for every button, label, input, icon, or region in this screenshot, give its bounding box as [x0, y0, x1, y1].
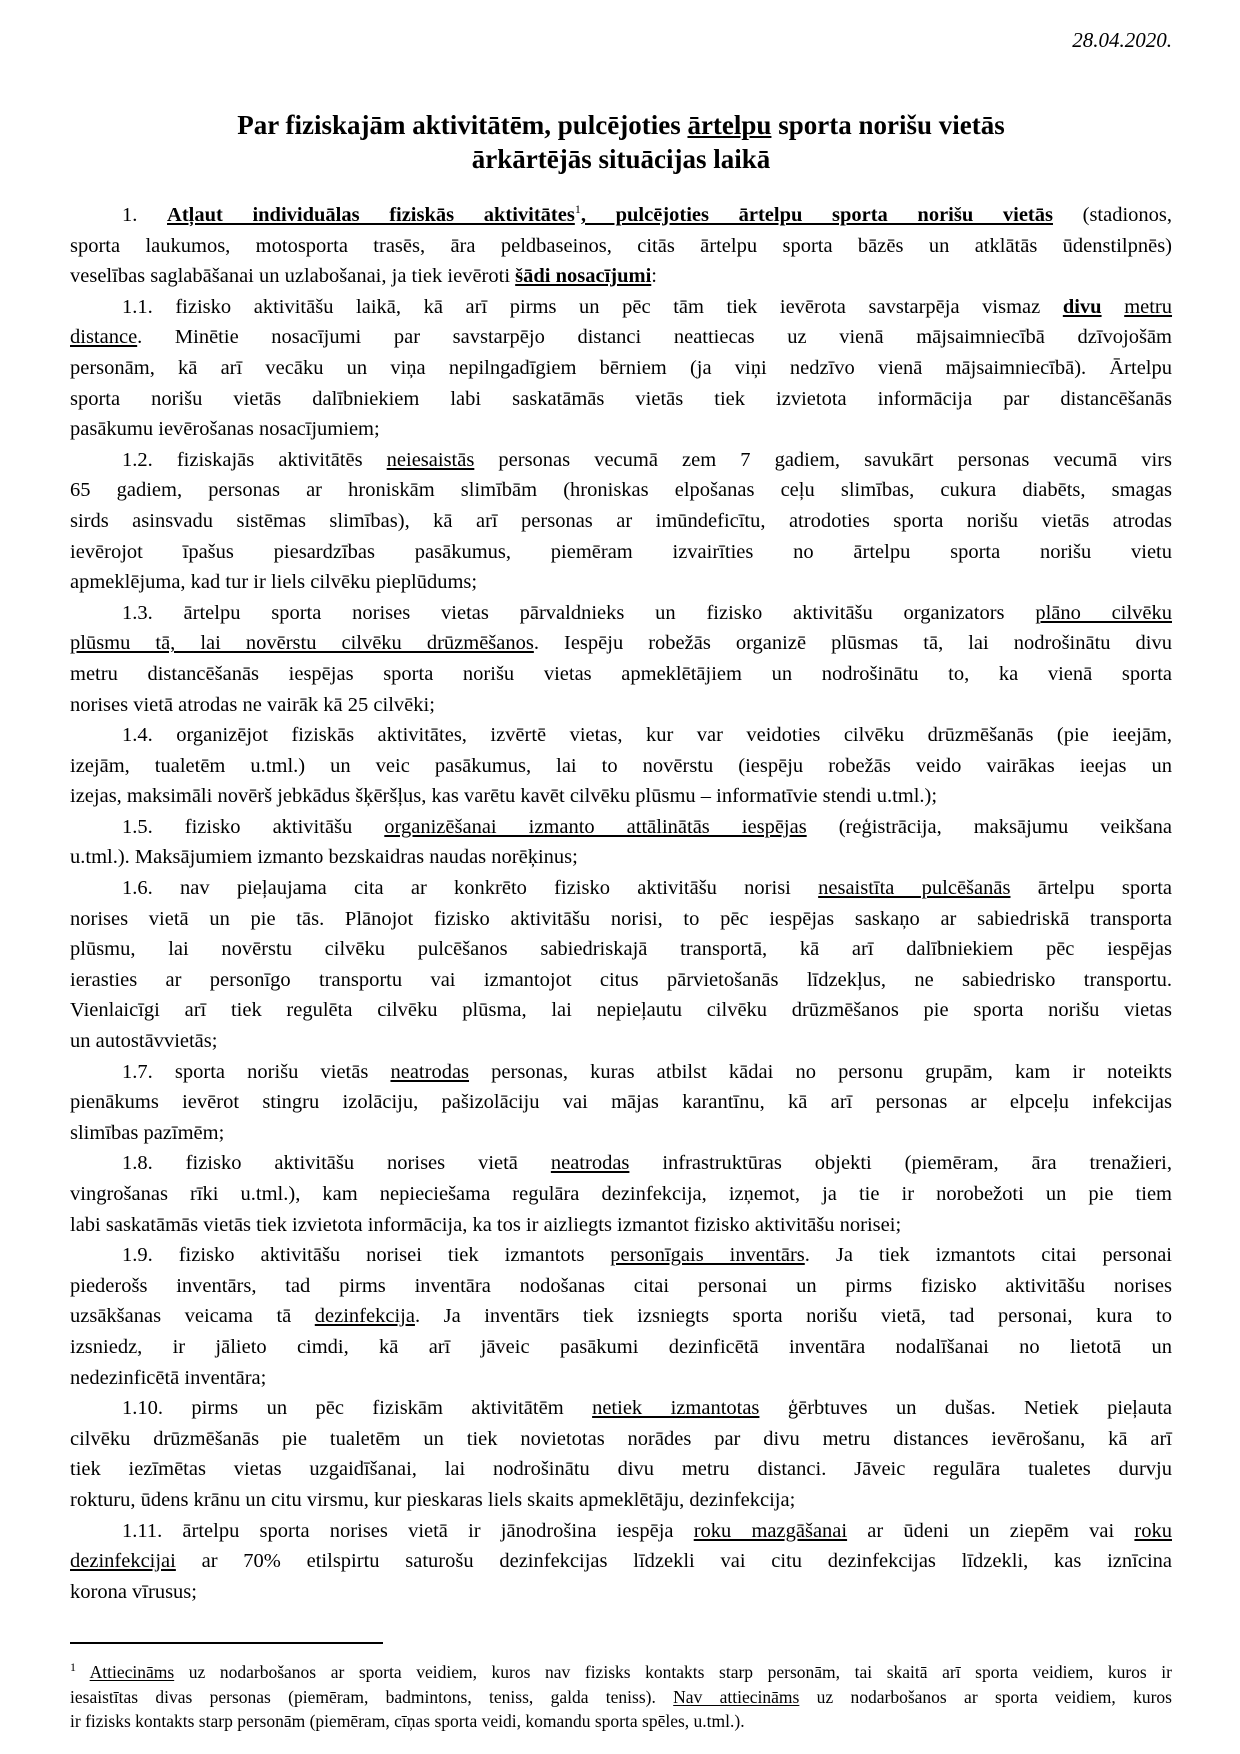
text-segment: norises vietā un pie tās. Plānojot fizis… [70, 908, 1172, 930]
text-line: labi saskatāmās vietās tiek izvietota in… [70, 1210, 1172, 1241]
text-segment: ievērojot īpašus piesardzības pasākumus,… [70, 541, 1172, 563]
text-line: metru distancēšanās iespējas sporta nori… [70, 659, 1172, 690]
text-segment: pasākumu ievērošanas nosacījumiem; [70, 418, 380, 440]
text-line: 1.5. fizisko aktivitāšu organizēšanai iz… [70, 812, 1172, 843]
emphasized-text: divu [1063, 296, 1102, 318]
emphasized-text: neiesaistās [387, 449, 475, 471]
text-segment: personām, kā arī vecāku un viņa nepilnga… [70, 357, 1172, 379]
text-segment: labi saskatāmās vietās tiek izvietota in… [70, 1214, 901, 1236]
text-line: sporta norišu vietās dalībniekiem labi s… [70, 384, 1172, 415]
text-segment: apmeklējuma, kad tur ir liels cilvēku pi… [70, 571, 477, 593]
text-line: norises vietā un pie tās. Plānojot fizis… [70, 904, 1172, 935]
text-segment: . Iespēju robežās organizē plūsmas tā, l… [534, 632, 1172, 654]
document-body: 1. Atļaut individuālas fiziskās aktivitā… [70, 200, 1172, 1607]
footnote-separator [70, 1642, 383, 1644]
emphasized-text: metru [1124, 296, 1172, 318]
text-segment: 1.10. pirms un pēc fiziskām aktivitātēm [122, 1397, 592, 1419]
text-line: rokturu, ūdens krānu un citu virsmu, kur… [70, 1485, 1172, 1516]
text-segment: izejām, tualetēm u.tml.) un veic pasākum… [70, 755, 1172, 777]
emphasized-text: , pulcējoties ārtelpu sporta norišu viet… [581, 204, 1053, 226]
text-line: 1.3. ārtelpu sporta norises vietas pārva… [70, 598, 1172, 629]
text-segment: sporta laukumos, motosporta trasēs, āra … [70, 235, 1172, 257]
text-segment: un autostāvvietās; [70, 1030, 217, 1052]
text-segment: izejas, maksimāli novērš jebkādus šķēršļ… [70, 785, 937, 807]
text-segment: . Ja tiek izmantots citai personai [805, 1244, 1172, 1266]
emphasized-text: plūsmu tā, lai novērstu cilvēku drūzmēša… [70, 632, 534, 654]
text-segment: ar ūdeni un ziepēm vai [847, 1520, 1134, 1542]
emphasized-text: personīgais inventārs [610, 1244, 804, 1266]
text-line: distance. Minētie nosacījumi par savstar… [70, 322, 1172, 353]
text-segment: 1.3. ārtelpu sporta norises vietas pārva… [122, 602, 1035, 624]
text-segment: slimības pazīmēm; [70, 1122, 224, 1144]
emphasized-text: Atļaut individuālas fiziskās aktivitātes [167, 204, 575, 226]
text-segment: nedezinficētā inventāra; [70, 1367, 266, 1389]
text-segment: personas vecumā zem 7 gadiem, savukārt p… [474, 449, 1172, 471]
text-segment: u.tml.). Maksājumiem izmanto bezskaidras… [70, 846, 578, 868]
text-segment: personas, kuras atbilst kādai no personu… [469, 1061, 1172, 1083]
title-line-1: Par fiziskajām aktivitātēm, pulcējoties … [70, 108, 1172, 142]
title-line-2: ārkārtējās situācijas laikā [70, 142, 1172, 176]
emphasized-text: šādi nosacījumi [515, 265, 651, 287]
text-segment: 1.4. organizējot fiziskās aktivitātes, i… [122, 724, 1172, 746]
document-date: 28.04.2020. [1072, 28, 1172, 53]
text-line: vingrošanas rīki u.tml.), kam nepiecieša… [70, 1179, 1172, 1210]
paragraph-1: 1. Atļaut individuālas fiziskās aktivitā… [70, 200, 1172, 292]
text-line: norises vietā atrodas ne vairāk kā 25 ci… [70, 690, 1172, 721]
text-line: izsniedz, ir jālieto cimdi, kā arī jāvei… [70, 1332, 1172, 1363]
text-segment: (stadionos, [1053, 204, 1172, 226]
emphasized-text: distance [70, 326, 137, 348]
text-segment: piederošs inventārs, tad pirms inventāra… [70, 1275, 1172, 1297]
text-segment: 1.7. sporta norišu vietās [122, 1061, 390, 1083]
text-segment: infrastruktūras objekti (piemēram, āra t… [629, 1152, 1172, 1174]
text-line: 1. Atļaut individuālas fiziskās aktivitā… [70, 200, 1172, 231]
text-line: 1.11. ārtelpu sporta norises vietā ir jā… [70, 1516, 1172, 1547]
text-line: iesaistītas divas personas (piemēram, ba… [70, 1685, 1172, 1710]
text-segment: 1.5. fizisko aktivitāšu [122, 816, 384, 838]
text-line: uzsākšanas veicama tā dezinfekcija. Ja i… [70, 1301, 1172, 1332]
emphasized-text: neatrodas [551, 1152, 630, 1174]
text-line: cilvēku drūzmēšanās pie tualetēm un tiek… [70, 1424, 1172, 1455]
text-line: piederošs inventārs, tad pirms inventāra… [70, 1271, 1172, 1302]
text-segment: iesaistītas divas personas (piemēram, ba… [70, 1687, 673, 1707]
paragraph-1-11: 1.11. ārtelpu sporta norises vietā ir jā… [70, 1516, 1172, 1608]
text-segment: ir fizisks kontakts starp personām (piem… [70, 1711, 745, 1731]
text-line: 1 Attiecināms uz nodarbošanos ar sporta … [70, 1660, 1172, 1685]
text-line: 1.4. organizējot fiziskās aktivitātes, i… [70, 720, 1172, 751]
emphasized-text: dezinfekcija [315, 1305, 415, 1327]
text-segment: norises vietā atrodas ne vairāk kā 25 ci… [70, 694, 435, 716]
text-segment: (reģistrācija, maksājumu veikšana [807, 816, 1172, 838]
text-line: Vienlaicīgi arī tiek regulēta cilvēku pl… [70, 995, 1172, 1026]
emphasized-text: organizēšanai izmanto attālinātās iespēj… [384, 816, 806, 838]
text-segment: sirds asinsvadu sistēmas slimības), kā a… [70, 510, 1172, 532]
text-segment: pienākums ievērot stingru izolāciju, paš… [70, 1091, 1172, 1113]
emphasized-text: Nav attiecināms [673, 1687, 799, 1707]
text-segment: 65 gadiem, personas ar hroniskām slimībā… [70, 479, 1172, 501]
text-line: ierasties ar personīgo transportu vai iz… [70, 965, 1172, 996]
text-segment: Vienlaicīgi arī tiek regulēta cilvēku pl… [70, 999, 1172, 1021]
text-line: korona vīrusus; [70, 1577, 1172, 1608]
text-line: u.tml.). Maksājumiem izmanto bezskaidras… [70, 842, 1172, 873]
paragraph-1-7: 1.7. sporta norišu vietās neatrodas pers… [70, 1057, 1172, 1149]
text-segment: . Minētie nosacījumi par savstarpējo dis… [137, 326, 1172, 348]
paragraph-1-6: 1.6. nav pieļaujama cita ar konkrēto fiz… [70, 873, 1172, 1057]
text-segment: veselības saglabāšanai un uzlabošanai, j… [70, 265, 515, 287]
text-segment: izsniedz, ir jālieto cimdi, kā arī jāvei… [70, 1336, 1172, 1358]
emphasized-text: roku mazgāšanai [694, 1520, 847, 1542]
text-line: ievērojot īpašus piesardzības pasākumus,… [70, 537, 1172, 568]
text-line: pienākums ievērot stingru izolāciju, paš… [70, 1087, 1172, 1118]
text-segment: 1. [122, 204, 167, 226]
text-segment [76, 1662, 90, 1682]
emphasized-text: roku [1134, 1520, 1172, 1542]
text-segment: 1.11. ārtelpu sporta norises vietā ir jā… [122, 1520, 694, 1542]
emphasized-text: dezinfekcijai [70, 1550, 176, 1572]
text-line: slimības pazīmēm; [70, 1118, 1172, 1149]
emphasized-text: nesaistīta pulcēšanās [818, 877, 1010, 899]
paragraph-1-1: 1.1. fizisko aktivitāšu laikā, kā arī pi… [70, 292, 1172, 445]
text-segment: vingrošanas rīki u.tml.), kam nepiecieša… [70, 1183, 1172, 1205]
text-segment: plūsmu, lai novērstu cilvēku pulcēšanos … [70, 938, 1172, 960]
text-segment: 1.6. nav pieļaujama cita ar konkrēto fiz… [122, 877, 818, 899]
text-segment: ārtelpu sporta [1010, 877, 1172, 899]
text-segment: 1.2. fiziskajās aktivitātēs [122, 449, 387, 471]
text-segment: 1.1. fizisko aktivitāšu laikā, kā arī pi… [122, 296, 1063, 318]
title-underlined-word: ārtelpu [687, 110, 771, 140]
text-segment: ar 70% etilspirtu saturošu dezinfekcijas… [176, 1550, 1172, 1572]
paragraph-1-9: 1.9. fizisko aktivitāšu norisei tiek izm… [70, 1240, 1172, 1393]
text-segment: ierasties ar personīgo transportu vai iz… [70, 969, 1172, 991]
emphasized-text: plāno cilvēku [1035, 602, 1172, 624]
text-line: 1.7. sporta norišu vietās neatrodas pers… [70, 1057, 1172, 1088]
text-segment: sporta norišu vietās dalībniekiem labi s… [70, 388, 1172, 410]
document-page: 28.04.2020. Par fiziskajām aktivitātēm, … [0, 0, 1240, 1754]
text-segment: korona vīrusus; [70, 1581, 197, 1603]
text-line: plūsmu tā, lai novērstu cilvēku drūzmēša… [70, 628, 1172, 659]
text-line: sirds asinsvadu sistēmas slimības), kā a… [70, 506, 1172, 537]
text-line: 1.1. fizisko aktivitāšu laikā, kā arī pi… [70, 292, 1172, 323]
text-line: apmeklējuma, kad tur ir liels cilvēku pi… [70, 567, 1172, 598]
text-line: izejas, maksimāli novērš jebkādus šķēršļ… [70, 781, 1172, 812]
text-line: plūsmu, lai novērstu cilvēku pulcēšanos … [70, 934, 1172, 965]
text-line: 1.10. pirms un pēc fiziskām aktivitātēm … [70, 1393, 1172, 1424]
text-line: pasākumu ievērošanas nosacījumiem; [70, 414, 1172, 445]
paragraph-1-4: 1.4. organizējot fiziskās aktivitātes, i… [70, 720, 1172, 812]
text-segment: rokturu, ūdens krānu un citu virsmu, kur… [70, 1489, 795, 1511]
text-line: dezinfekcijai ar 70% etilspirtu saturošu… [70, 1546, 1172, 1577]
footnote: 1 Attiecināms uz nodarbošanos ar sporta … [70, 1660, 1172, 1734]
text-line: 1.6. nav pieļaujama cita ar konkrēto fiz… [70, 873, 1172, 904]
paragraph-1-2: 1.2. fiziskajās aktivitātēs neiesaistās … [70, 445, 1172, 598]
paragraph-1-8: 1.8. fizisko aktivitāšu norises vietā ne… [70, 1148, 1172, 1240]
text-segment: ģērbtuves un dušas. Netiek pieļauta [759, 1397, 1172, 1419]
text-segment: cilvēku drūzmēšanās pie tualetēm un tiek… [70, 1428, 1172, 1450]
text-segment: . Ja inventārs tiek izsniegts sporta nor… [415, 1305, 1172, 1327]
document-title: Par fiziskajām aktivitātēm, pulcējoties … [70, 108, 1172, 176]
text-segment: : [651, 265, 657, 287]
text-line: ir fizisks kontakts starp personām (piem… [70, 1709, 1172, 1734]
emphasized-text: neatrodas [390, 1061, 469, 1083]
text-line: veselības saglabāšanai un uzlabošanai, j… [70, 261, 1172, 292]
text-line: tiek iezīmētas vietas uzgaidīšanai, lai … [70, 1454, 1172, 1485]
text-segment: uzsākšanas veicama tā [70, 1305, 315, 1327]
text-line: nedezinficētā inventāra; [70, 1363, 1172, 1394]
text-line: 1.9. fizisko aktivitāšu norisei tiek izm… [70, 1240, 1172, 1271]
paragraph-1-10: 1.10. pirms un pēc fiziskām aktivitātēm … [70, 1393, 1172, 1515]
paragraph-1-5: 1.5. fizisko aktivitāšu organizēšanai iz… [70, 812, 1172, 873]
emphasized-text: netiek izmantotas [592, 1397, 759, 1419]
text-segment [1102, 296, 1125, 318]
text-line: 1.8. fizisko aktivitāšu norises vietā ne… [70, 1148, 1172, 1179]
text-segment: 1.8. fizisko aktivitāšu norises vietā [122, 1152, 551, 1174]
text-line: 65 gadiem, personas ar hroniskām slimībā… [70, 475, 1172, 506]
text-segment: tiek iezīmētas vietas uzgaidīšanai, lai … [70, 1458, 1172, 1480]
text-line: personām, kā arī vecāku un viņa nepilnga… [70, 353, 1172, 384]
text-segment: metru distancēšanās iespējas sporta nori… [70, 663, 1172, 685]
paragraph-1-3: 1.3. ārtelpu sporta norises vietas pārva… [70, 598, 1172, 720]
text-line: izejām, tualetēm u.tml.) un veic pasākum… [70, 751, 1172, 782]
text-segment: uz nodarbošanos ar sporta veidiem, kuros… [174, 1662, 1172, 1682]
text-line: sporta laukumos, motosporta trasēs, āra … [70, 231, 1172, 262]
text-segment: uz nodarbošanos ar sporta veidiem, kuros [799, 1687, 1172, 1707]
text-line: 1.2. fiziskajās aktivitātēs neiesaistās … [70, 445, 1172, 476]
text-segment: 1.9. fizisko aktivitāšu norisei tiek izm… [122, 1244, 610, 1266]
text-line: un autostāvvietās; [70, 1026, 1172, 1057]
emphasized-text: Attiecināms [90, 1662, 175, 1682]
